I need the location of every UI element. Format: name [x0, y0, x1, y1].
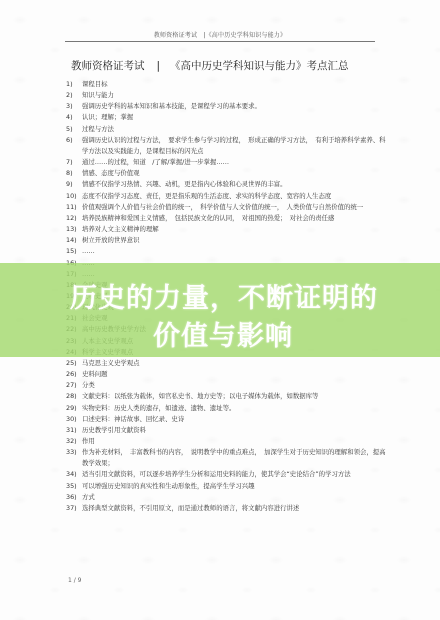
header-divider [65, 41, 375, 42]
list-item-text: 方式 [82, 492, 386, 503]
list-item-text: 课程目标 [82, 79, 386, 90]
list-item-text: 树立开放的世界意识 [82, 235, 386, 246]
list-item: 32)作用 [66, 436, 386, 447]
list-item-number: 4) [66, 112, 82, 123]
list-item: 34)适当引用文献资料，可以逐步培养学生分析和运用史料的能力，使其学会“史论结合… [66, 469, 386, 480]
list-item-number: 25) [66, 358, 82, 369]
list-item-text: 作为补充材料， 丰富教科书的内容， 说明教学中的重点难点， 加深学生对于历史知识… [82, 447, 386, 469]
list-item-number: 33) [66, 447, 82, 469]
list-item-number: 31) [66, 425, 82, 436]
title-right: 《高中历史学科知识与能力》考点汇总 [170, 60, 349, 72]
list-item-text: 培养民族精神和爱国主义情感， 包括民族文化的认同， 对祖国的热爱； 对社会的责任… [82, 213, 386, 224]
list-item: 25)马克思主义史学观点 [66, 358, 386, 369]
list-item: 36)方式 [66, 492, 386, 503]
list-item-text: 文献史料：以纸张为载体，如官私史书、地方史等；以电子媒体为载体，如数据库等 [82, 391, 386, 402]
list-item-text: 情感不仅指学习热情、兴趣、动机，更是指内心体验和心灵世界的丰富。 [82, 179, 386, 190]
list-item-text: 马克思主义史学观点 [82, 358, 386, 369]
list-item-number: 36) [66, 492, 82, 503]
list-item-text: 历史教学引用文献资料 [82, 425, 386, 436]
list-item: 13)培养对人文主义精神的理解 [66, 224, 386, 235]
document-title: 教师资格证考试|《高中历史学科知识与能力》考点汇总 [71, 58, 349, 73]
list-item-number: 13) [66, 224, 82, 235]
list-item-number: 30) [66, 414, 82, 425]
list-item: 3)强调历史学科的基本知识和基本技能，是课程学习的基本要求。 [66, 101, 386, 112]
list-item: 14)树立开放的世界意识 [66, 235, 386, 246]
list-item: 29)实物史料：历史人类的遗存，如遗迹、遗物、遗址等。 [66, 403, 386, 414]
list-item: 31)历史教学引用文献资料 [66, 425, 386, 436]
list-item-text: 认识；理解；掌握 [82, 112, 386, 123]
list-item-number: 9) [66, 179, 82, 190]
list-item-text: 强调历史认识的过程与方法， 要求学生参与学习的过程， 形成正确的学习方法， 有利… [82, 135, 386, 157]
page-number: 1 / 9 [68, 577, 81, 584]
list-item-text: 通过……的过程，知道 /了解/掌握/进一步掌握…… [82, 157, 386, 168]
list-item-text: 培养对人文主义精神的理解 [82, 224, 386, 235]
list-item: 9)情感不仅指学习热情、兴趣、动机，更是指内心体验和心灵世界的丰富。 [66, 179, 386, 190]
list-item-number: 12) [66, 213, 82, 224]
list-item-number: 32) [66, 436, 82, 447]
list-item-number: 10) [66, 191, 82, 202]
list-item-number: 26) [66, 369, 82, 380]
list-item-number: 35) [66, 481, 82, 492]
banner-headline-line2: 价值与影响 [0, 314, 440, 353]
list-item-text: 分类 [82, 380, 386, 391]
list-item-text: 实物史料：历史人类的遗存，如遗迹、遗物、遗址等。 [82, 403, 386, 414]
list-item: 4)认识；理解；掌握 [66, 112, 386, 123]
list-item-text: 情感、态度与价值观 [82, 168, 386, 179]
list-item-text: 价值观强调个人价值与社会价值的统一， 科学价值与人文价值的统一， 人类价值与自然… [82, 202, 386, 213]
list-item-text: 态度不仅指学习态度、责任，更是指乐观的生活态度、求实的科学态度、宽容的人生态度 [82, 191, 386, 202]
list-item-text: 知识与能力 [82, 90, 386, 101]
banner-headline-line1: 历史的力量，不断证明的 [0, 276, 440, 315]
list-item-text: 强调历史学科的基本知识和基本技能，是课程学习的基本要求。 [82, 101, 386, 112]
list-item-number: 5) [66, 124, 82, 135]
list-item-text: 史料问题 [82, 369, 386, 380]
list-item-number: 3) [66, 101, 82, 112]
title-left: 教师资格证考试 [71, 60, 145, 72]
list-item: 28)文献史料：以纸张为载体，如官私史书、地方史等；以电子媒体为载体，如数据库等 [66, 391, 386, 402]
list-item-text: 可以增强历史知识的真实性和生动形象性，提高学生学习兴趣 [82, 481, 386, 492]
list-item: 11)价值观强调个人价值与社会价值的统一， 科学价值与人文价值的统一， 人类价值… [66, 202, 386, 213]
list-item: 15)…… [66, 246, 386, 257]
list-item: 6)强调历史认识的过程与方法， 要求学生参与学习的过程， 形成正确的学习方法， … [66, 135, 386, 157]
list-item-number: 8) [66, 168, 82, 179]
list-item-number: 14) [66, 235, 82, 246]
title-separator: | [157, 60, 161, 72]
list-item-number: 7) [66, 157, 82, 168]
list-item: 5)过程与方法 [66, 124, 386, 135]
document-page: 教师资格证考试 |《高中历史学科知识与能力》 教师资格证考试|《高中历史学科知识… [0, 0, 440, 620]
list-item: 30)口述史料：神话故事、回忆录、史诗 [66, 414, 386, 425]
list-item-number: 15) [66, 246, 82, 257]
list-item: 2)知识与能力 [66, 90, 386, 101]
list-item-number: 1) [66, 79, 82, 90]
list-item-number: 28) [66, 391, 82, 402]
list-item: 35)可以增强历史知识的真实性和生动形象性，提高学生学习兴趣 [66, 481, 386, 492]
list-item: 33)作为补充材料， 丰富教科书的内容， 说明教学中的重点难点， 加深学生对于历… [66, 447, 386, 469]
list-item: 7)通过……的过程，知道 /了解/掌握/进一步掌握…… [66, 157, 386, 168]
list-item-number: 2) [66, 90, 82, 101]
list-item-number: 27) [66, 380, 82, 391]
list-item: 37)选择典型文献资料，不引用原文，而是通过教师的语言，将文献内容进行讲述 [66, 503, 386, 514]
list-item: 1)课程目标 [66, 79, 386, 90]
list-item-number: 37) [66, 503, 82, 514]
list-item-number: 6) [66, 135, 82, 157]
list-item-text: …… [82, 246, 386, 257]
list-item-number: 34) [66, 469, 82, 480]
list-item: 10)态度不仅指学习态度、责任，更是指乐观的生活态度、求实的科学态度、宽容的人生… [66, 191, 386, 202]
running-header: 教师资格证考试 |《高中历史学科知识与能力》 [65, 30, 375, 39]
list-item-text: 适当引用文献资料，可以逐步培养学生分析和运用史料的能力，使其学会“史论结合”的学… [82, 469, 386, 480]
list-item: 27)分类 [66, 380, 386, 391]
list-item-text: 选择典型文献资料，不引用原文，而是通过教师的语言，将文献内容进行讲述 [82, 503, 386, 514]
list-item-text: 作用 [82, 436, 386, 447]
list-item-text: 过程与方法 [82, 124, 386, 135]
list-item-number: 29) [66, 403, 82, 414]
list-item: 12)培养民族精神和爱国主义情感， 包括民族文化的认同， 对祖国的热爱； 对社会… [66, 213, 386, 224]
list-item: 8)情感、态度与价值观 [66, 168, 386, 179]
list-item-number: 11) [66, 202, 82, 213]
list-item: 26)史料问题 [66, 369, 386, 380]
list-item-text: 口述史料：神话故事、回忆录、史诗 [82, 414, 386, 425]
